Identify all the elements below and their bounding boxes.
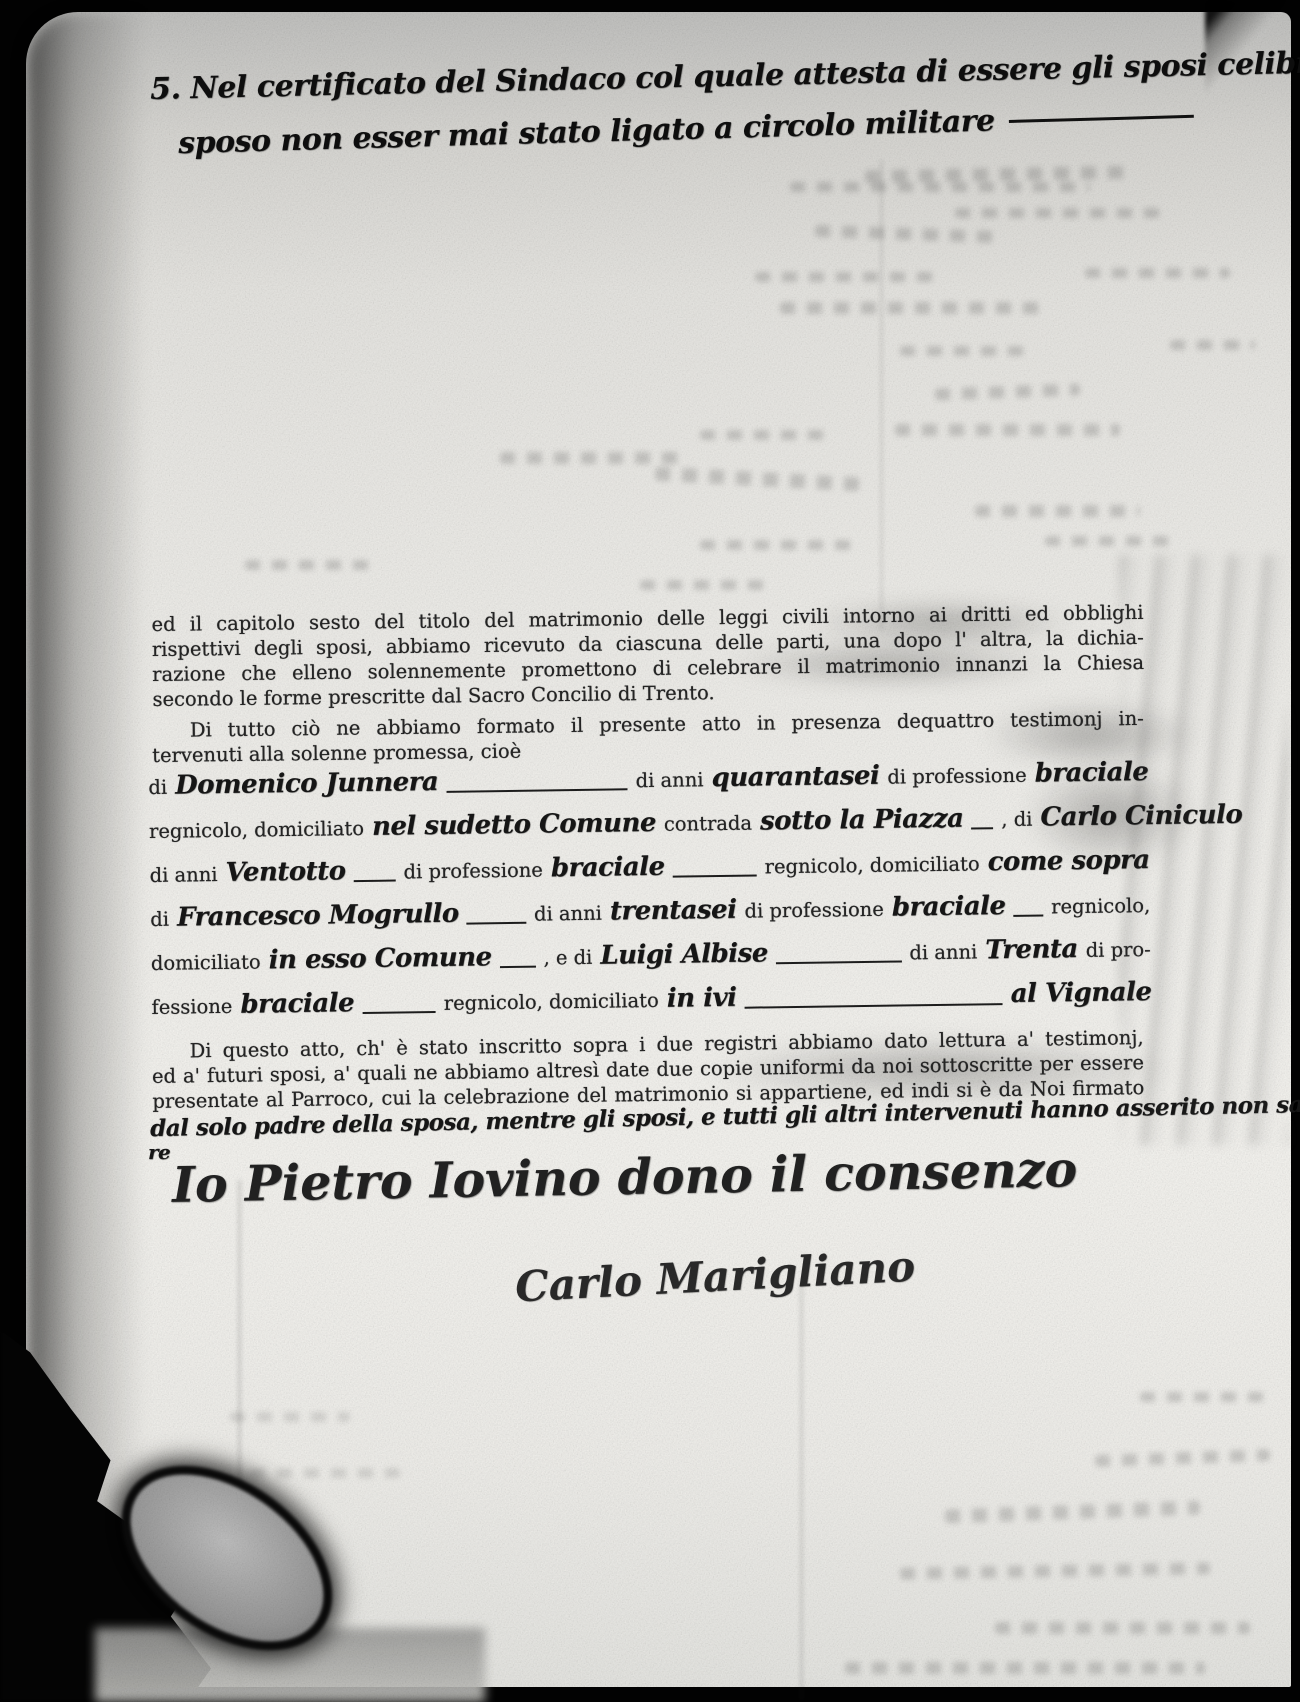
form-text: di anni (534, 902, 602, 926)
bleed-through-smudge (1140, 1392, 1265, 1402)
annotation-rule-line (1009, 115, 1194, 123)
witness-name: Domenico Junnera (175, 767, 438, 801)
form-text: di anni (150, 863, 218, 887)
handwritten-clause-continuation: re (148, 1140, 170, 1164)
bleed-through-smudge (500, 452, 680, 464)
bleed-through-smudge (755, 272, 940, 282)
printed-paragraph-legal: ed il capitolo sesto del titolo del matr… (151, 600, 1144, 712)
fill-rule-line (673, 875, 757, 878)
witness-street: sotto la Piazza (760, 804, 964, 837)
bleed-through-smudge (250, 1468, 400, 1478)
form-text: regnicolo, domiciliato (149, 817, 364, 843)
bleed-through-smudge (895, 424, 1120, 436)
form-text: di professione (403, 858, 543, 883)
form-text: di professione (887, 764, 1027, 789)
form-text: fessione (151, 995, 232, 1019)
witness-list: di Domenico Junnera di anni quarantasei … (148, 757, 1152, 1035)
bleed-through-smudge (975, 505, 1140, 517)
form-text: di professione (744, 898, 884, 923)
fill-rule-line (971, 827, 993, 829)
page-crease (880, 160, 883, 630)
fill-rule-line (500, 966, 536, 969)
bleed-through-smudge (700, 430, 835, 440)
form-text: regnicolo, domiciliato (444, 989, 659, 1015)
form-text: di anni (636, 768, 704, 792)
fill-rule-line (362, 1011, 436, 1014)
form-text: , e di (543, 946, 592, 970)
form-text: di anni (909, 940, 977, 964)
bleed-through-smudge (1045, 536, 1180, 546)
witness-domicile: in ivi (667, 983, 737, 1014)
bleed-through-smudge (245, 560, 370, 570)
form-text: di (148, 776, 167, 799)
scan-streaks (1120, 555, 1288, 1145)
bleed-through-smudge (900, 346, 1025, 356)
bleed-through-smudge (1170, 340, 1255, 350)
bleed-through-smudge (700, 540, 860, 550)
witness-domicile: nel sudetto Comune (372, 808, 656, 842)
fill-rule-line (776, 960, 902, 964)
witness-profession: braciale (551, 852, 665, 884)
corner-scan-mark (1205, 0, 1300, 110)
form-text: contrada (664, 812, 752, 836)
witness-age: trentasei (610, 895, 737, 927)
witness-age: Ventotto (225, 856, 345, 888)
witness-profession: braciale (892, 891, 1006, 923)
bleed-through-smudge (995, 1622, 1250, 1634)
form-text: di (150, 908, 169, 931)
form-text: regnicolo, domiciliato (764, 852, 979, 878)
bleed-through-smudge (790, 182, 1090, 192)
witness-name: Francesco Mogrullo (177, 899, 459, 933)
form-text: domiciliato (151, 950, 261, 975)
form-text: , di (1001, 808, 1032, 831)
fill-rule-line (745, 1003, 1003, 1009)
bleed-through-smudge (955, 208, 1160, 218)
page-crease (800, 1280, 803, 1700)
bleed-through-smudge (1085, 268, 1230, 278)
scanned-register-page: 5. Nel certificato del Sindaco col quale… (0, 0, 1300, 1702)
fill-rule-line (1014, 915, 1044, 917)
witness-age: quarantasei (711, 761, 879, 793)
fill-rule-line (354, 880, 396, 883)
bleed-through-smudge (230, 1412, 350, 1422)
bleed-through-smudge (640, 580, 765, 590)
witness-profession: braciale (240, 988, 354, 1020)
fill-rule-line (446, 788, 628, 793)
witness-age: Trenta (985, 934, 1078, 965)
witness-name: Luigi Albise (600, 938, 768, 970)
fill-rule-line (467, 922, 526, 925)
witness-domicile: in esso Comune (268, 942, 491, 975)
bleed-through-smudge (845, 1662, 1205, 1674)
bleed-through-smudge (780, 302, 1040, 314)
